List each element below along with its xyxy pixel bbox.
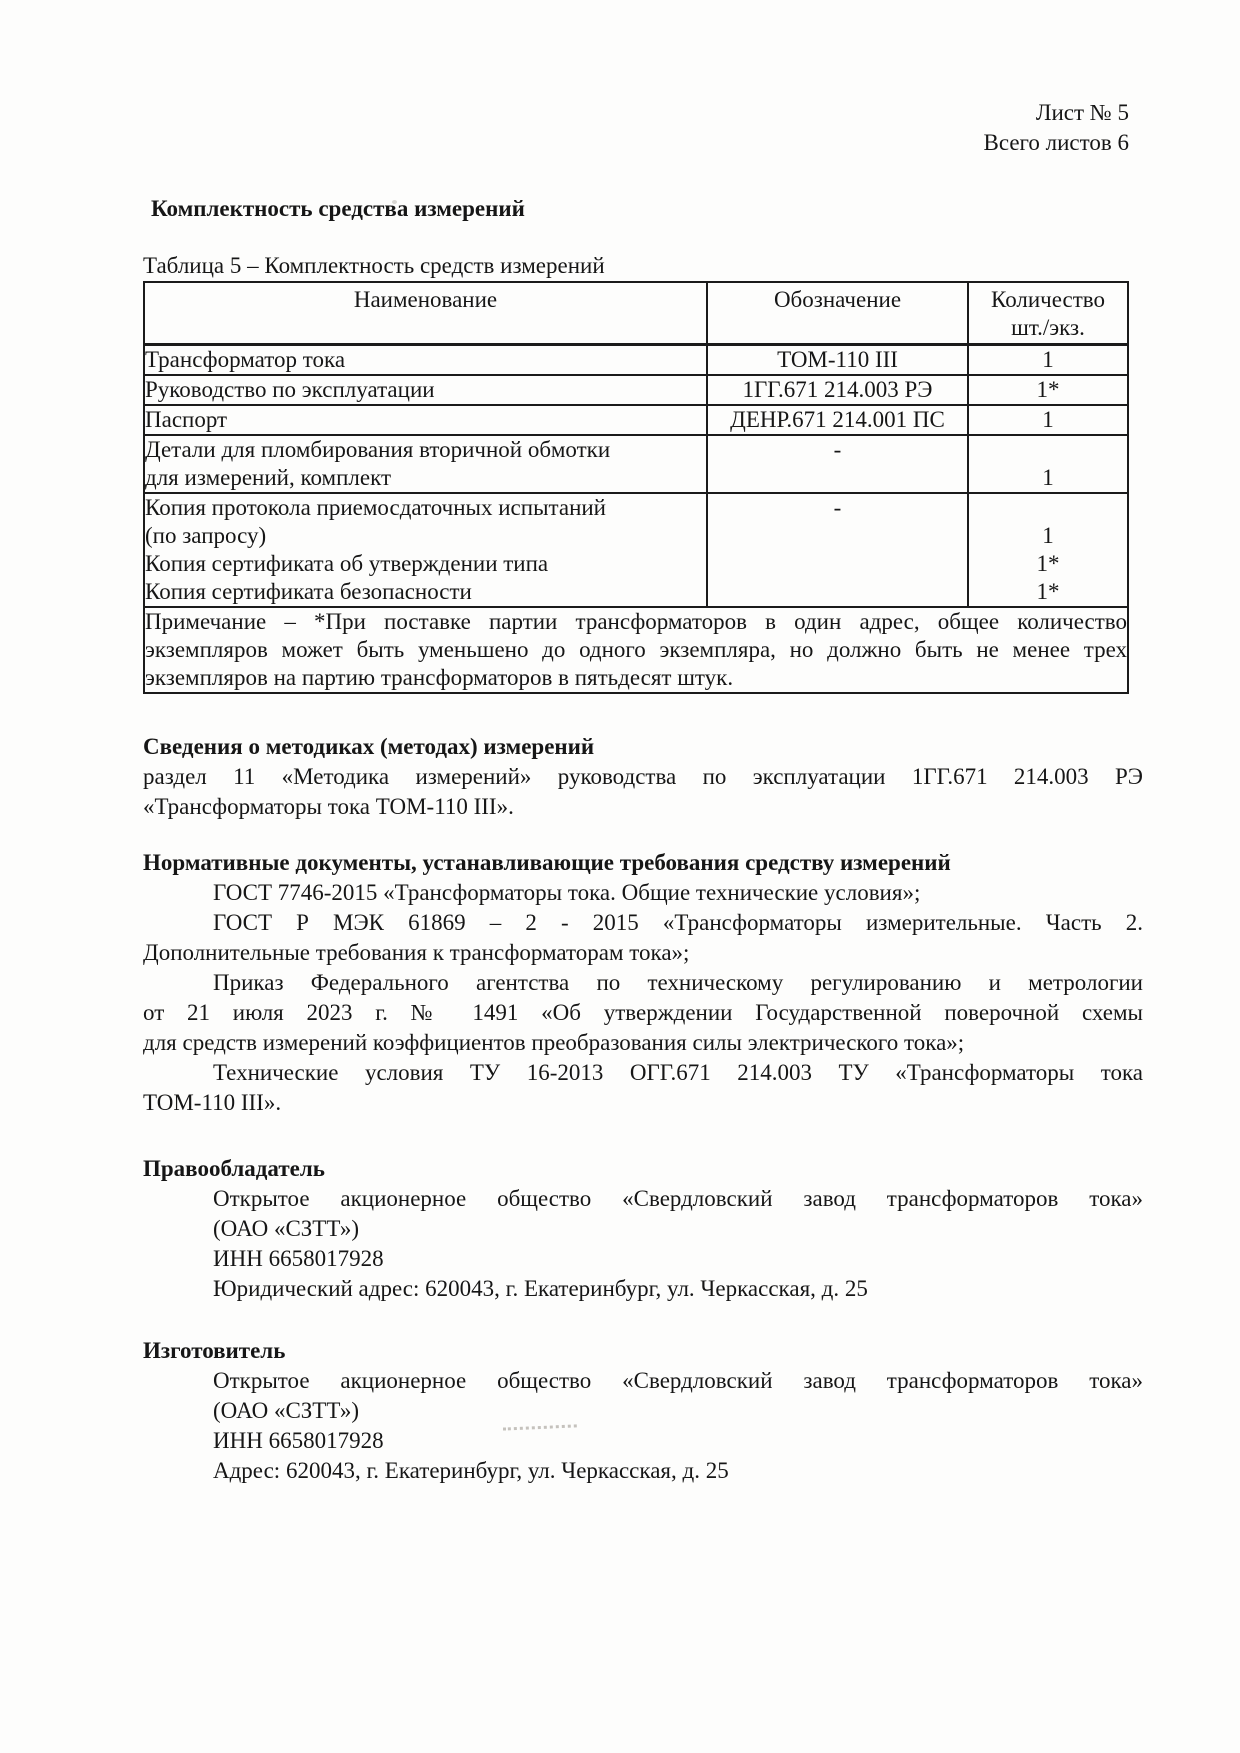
sheet-info: Лист № 5 Всего листов 6 (143, 98, 1143, 158)
rights-holder-details: Открытое акционерное общество «Свердловс… (213, 1184, 1143, 1304)
table-row: Трансформатор тока ТОМ-110 III 1 (144, 345, 1128, 376)
cell-designation: 1ГГ.671 214.003 РЭ (707, 375, 968, 405)
cell-name: Детали для пломбирования вторичной обмот… (144, 435, 707, 493)
cell-name: Копия протокола приемосдаточных испытани… (144, 493, 707, 607)
section-methods: Сведения о методиках (методах) измерений… (143, 732, 1143, 822)
cell-quantity: 1 (968, 405, 1128, 435)
normative-paragraph-prikaz: Приказ Федерального агентства по техниче… (143, 968, 1143, 1058)
table-caption: Таблица 5 – Комплектность средств измере… (143, 251, 1143, 281)
cell-name: Трансформатор тока (144, 345, 707, 376)
section-title-normative: Нормативные документы, устанавливающие т… (143, 848, 1143, 878)
section-title-rights-holder: Правообладатель (143, 1154, 1143, 1184)
cell-name: Руководство по эксплуатации (144, 375, 707, 405)
table-row: Детали для пломбирования вторичной обмот… (144, 435, 1128, 493)
column-header-name: Наименование (144, 282, 707, 345)
table-row: Паспорт ДЕНР.671 214.001 ПС 1 (144, 405, 1128, 435)
cell-designation: - (707, 493, 968, 607)
cell-quantity: 1 (968, 435, 1128, 493)
page-content: Лист № 5 Всего листов 6 Комплектность ср… (143, 0, 1143, 1486)
manufacturer-details: Открытое акционерное общество «Свердловс… (213, 1366, 1143, 1486)
column-header-quantity: Количествошт./экз. (968, 282, 1128, 345)
table-row: Копия протокола приемосдаточных испытани… (144, 493, 1128, 607)
table-note-row: Примечание – *При поставке партии трансф… (144, 607, 1128, 693)
document-page: Лист № 5 Всего листов 6 Комплектность ср… (0, 0, 1240, 1753)
cell-quantity: 1 (968, 345, 1128, 376)
scan-speck (392, 200, 397, 204)
table-row: Руководство по эксплуатации 1ГГ.671 214.… (144, 375, 1128, 405)
methods-paragraph: раздел 11 «Методика измерений» руководст… (143, 762, 1143, 822)
manufacturer-address: Адрес: 620043, г. Екатеринбург, ул. Черк… (213, 1456, 1143, 1486)
total-sheets: Всего листов 6 (143, 128, 1129, 158)
cell-designation: ДЕНР.671 214.001 ПС (707, 405, 968, 435)
section-title-manufacturer: Изготовитель (143, 1336, 1143, 1366)
table-note: Примечание – *При поставке партии трансф… (144, 607, 1128, 693)
table-header-row: Наименование Обозначение Количествошт./э… (144, 282, 1128, 345)
section-normative: Нормативные документы, устанавливающие т… (143, 848, 1143, 1118)
column-header-designation: Обозначение (707, 282, 968, 345)
normative-paragraph-gost7746: ГОСТ 7746-2015 «Трансформаторы тока. Общ… (143, 878, 1143, 908)
sheet-number: Лист № 5 (143, 98, 1129, 128)
section-rights-holder: Правообладатель Открытое акционерное общ… (143, 1154, 1143, 1304)
section-title-completeness: Комплектность средства измерений (143, 194, 1143, 224)
cell-name: Паспорт (144, 405, 707, 435)
rights-holder-org-name: Открытое акционерное общество «Свердловс… (213, 1184, 1143, 1214)
manufacturer-inn: ИНН 6658017928 (213, 1426, 1143, 1456)
rights-holder-inn: ИНН 6658017928 (213, 1244, 1143, 1274)
section-manufacturer: Изготовитель Открытое акционерное общест… (143, 1336, 1143, 1486)
cell-designation: ТОМ-110 III (707, 345, 968, 376)
manufacturer-short-name: (ОАО «СЗТТ») (213, 1396, 1143, 1426)
completeness-table: Наименование Обозначение Количествошт./э… (143, 281, 1129, 694)
normative-paragraph-tu: Технические условия ТУ 16-2013 ОГГ.671 2… (143, 1058, 1143, 1118)
cell-quantity: 11*1* (968, 493, 1128, 607)
cell-quantity: 1* (968, 375, 1128, 405)
rights-holder-short-name: (ОАО «СЗТТ») (213, 1214, 1143, 1244)
rights-holder-address: Юридический адрес: 620043, г. Екатеринбу… (213, 1274, 1143, 1304)
manufacturer-org-name: Открытое акционерное общество «Свердловс… (213, 1366, 1143, 1396)
cell-designation: - (707, 435, 968, 493)
normative-paragraph-gost61869: ГОСТ Р МЭК 61869 – 2 - 2015 «Трансформат… (143, 908, 1143, 968)
section-title-methods: Сведения о методиках (методах) измерений (143, 732, 1143, 762)
